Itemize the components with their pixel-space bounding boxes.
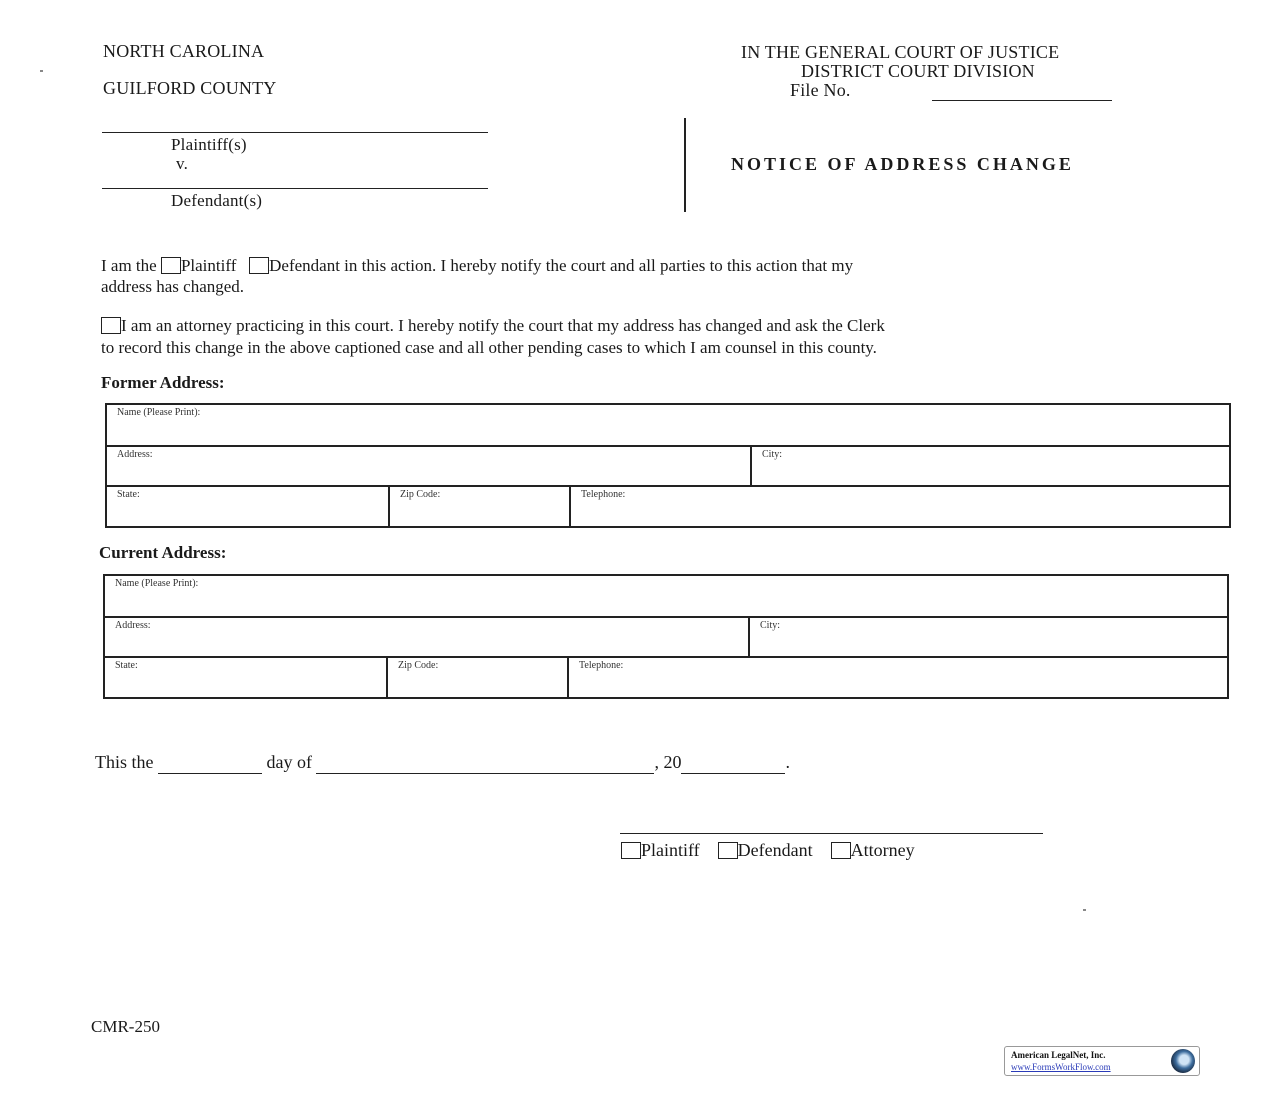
former-zip-cell: Zip Code: [388, 487, 569, 528]
attorney-statement: I am an attorney practicing in this cour… [101, 315, 1241, 336]
signature-line[interactable] [620, 833, 1043, 834]
signer-defendant-label: Defendant [738, 840, 813, 860]
year-input[interactable] [681, 757, 785, 774]
former-zip-label: Zip Code: [400, 489, 440, 500]
defendant-option-label: Defendant in this action. I hereby notif… [269, 256, 853, 275]
current-street-label: Address: [115, 620, 151, 631]
file-no-label: File No. [790, 80, 851, 101]
signer-role-options: Plaintiff Defendant Attorney [621, 840, 915, 861]
publisher-logo[interactable]: American LegalNet, Inc. www.FormsWorkFlo… [1004, 1046, 1200, 1076]
current-address-heading: Current Address: [99, 543, 226, 563]
current-state-input[interactable] [109, 672, 382, 696]
current-city-input[interactable] [754, 632, 1223, 655]
current-name-input[interactable] [109, 590, 1223, 613]
date-line: This the day of , 20. [95, 752, 790, 774]
current-state-label: State: [115, 660, 138, 671]
plaintiff-name-input[interactable] [102, 112, 492, 132]
party-statement: I am the Plaintiff Defendant in this act… [101, 255, 1231, 276]
county-name: GUILFORD COUNTY [103, 78, 277, 99]
defendant-label: Defendant(s) [171, 191, 262, 211]
year-prefix: , 20 [654, 752, 681, 772]
scan-speck [40, 70, 43, 72]
former-city-label: City: [762, 449, 782, 460]
signer-attorney-checkbox[interactable] [831, 842, 851, 859]
defendant-line [102, 188, 488, 189]
current-address-row: Address: City: [105, 616, 1227, 658]
current-street-input[interactable] [109, 632, 744, 655]
former-address-row: Address: City: [107, 445, 1229, 487]
current-telephone-label: Telephone: [579, 660, 623, 671]
former-street-cell: Address: [107, 447, 750, 487]
former-city-cell: City: [750, 447, 1229, 487]
current-street-cell: Address: [105, 618, 748, 658]
month-input[interactable] [316, 757, 654, 774]
globe-icon [1171, 1049, 1195, 1073]
file-no-input[interactable] [932, 80, 1112, 101]
page-title: NOTICE OF ADDRESS CHANGE [731, 154, 1074, 175]
former-address-heading: Former Address: [101, 373, 225, 393]
former-state-input[interactable] [111, 501, 384, 525]
signer-attorney-label: Attorney [851, 840, 915, 860]
former-state-row: State: Zip Code: Telephone: [107, 485, 1229, 528]
party-statement-line2: address has changed. [101, 276, 244, 297]
attorney-statement-line2: to record this change in the above capti… [101, 337, 877, 358]
current-zip-label: Zip Code: [398, 660, 438, 671]
caption-divider [684, 118, 686, 212]
plaintiff-label: Plaintiff(s) [171, 135, 247, 155]
form-id: CMR-250 [91, 1017, 160, 1037]
former-name-label: Name (Please Print): [117, 407, 200, 418]
current-city-cell: City: [748, 618, 1227, 658]
signer-plaintiff-checkbox[interactable] [621, 842, 641, 859]
plaintiff-option-label: Plaintiff [181, 256, 236, 275]
court-division: DISTRICT COURT DIVISION [801, 61, 1035, 82]
current-name-row: Name (Please Print): [105, 576, 1227, 616]
date-prefix: This the [95, 752, 154, 772]
former-state-cell: State: [107, 487, 388, 528]
current-name-cell: Name (Please Print): [105, 576, 1227, 616]
former-city-input[interactable] [756, 461, 1225, 484]
former-address-table: Name (Please Print): Address: City: Stat… [105, 403, 1231, 528]
current-state-cell: State: [105, 658, 386, 699]
current-city-label: City: [760, 620, 780, 631]
defendant-checkbox[interactable] [249, 257, 269, 274]
current-name-label: Name (Please Print): [115, 578, 198, 589]
attorney-checkbox[interactable] [101, 317, 121, 334]
signer-plaintiff-label: Plaintiff [641, 840, 700, 860]
current-telephone-cell: Telephone: [567, 658, 1227, 699]
former-zip-input[interactable] [394, 501, 565, 525]
publisher-url-link[interactable]: www.FormsWorkFlow.com [1011, 1062, 1111, 1072]
defendant-name-input[interactable] [102, 168, 492, 188]
plaintiff-checkbox[interactable] [161, 257, 181, 274]
signer-defendant-checkbox[interactable] [718, 842, 738, 859]
attorney-statement-line1: I am an attorney practicing in this cour… [121, 316, 885, 335]
former-name-row: Name (Please Print): [107, 405, 1229, 445]
plaintiff-line [102, 132, 488, 133]
former-name-cell: Name (Please Print): [107, 405, 1229, 445]
former-telephone-input[interactable] [575, 501, 1225, 525]
current-state-row: State: Zip Code: Telephone: [105, 656, 1227, 699]
current-telephone-input[interactable] [573, 672, 1223, 696]
current-zip-input[interactable] [392, 672, 563, 696]
date-suffix: . [785, 752, 790, 772]
former-name-input[interactable] [111, 419, 1225, 442]
former-telephone-label: Telephone: [581, 489, 625, 500]
state-name: NORTH CAROLINA [103, 41, 264, 62]
current-address-table: Name (Please Print): Address: City: Stat… [103, 574, 1229, 699]
publisher-name: American LegalNet, Inc. [1011, 1050, 1105, 1060]
current-zip-cell: Zip Code: [386, 658, 567, 699]
former-state-label: State: [117, 489, 140, 500]
former-street-input[interactable] [111, 461, 746, 484]
court-name: IN THE GENERAL COURT OF JUSTICE [741, 42, 1059, 63]
party-prefix: I am the [101, 256, 157, 275]
day-input[interactable] [158, 757, 262, 774]
former-street-label: Address: [117, 449, 153, 460]
former-telephone-cell: Telephone: [569, 487, 1229, 528]
scan-speck [1083, 909, 1086, 911]
day-of-label: day of [267, 752, 312, 772]
